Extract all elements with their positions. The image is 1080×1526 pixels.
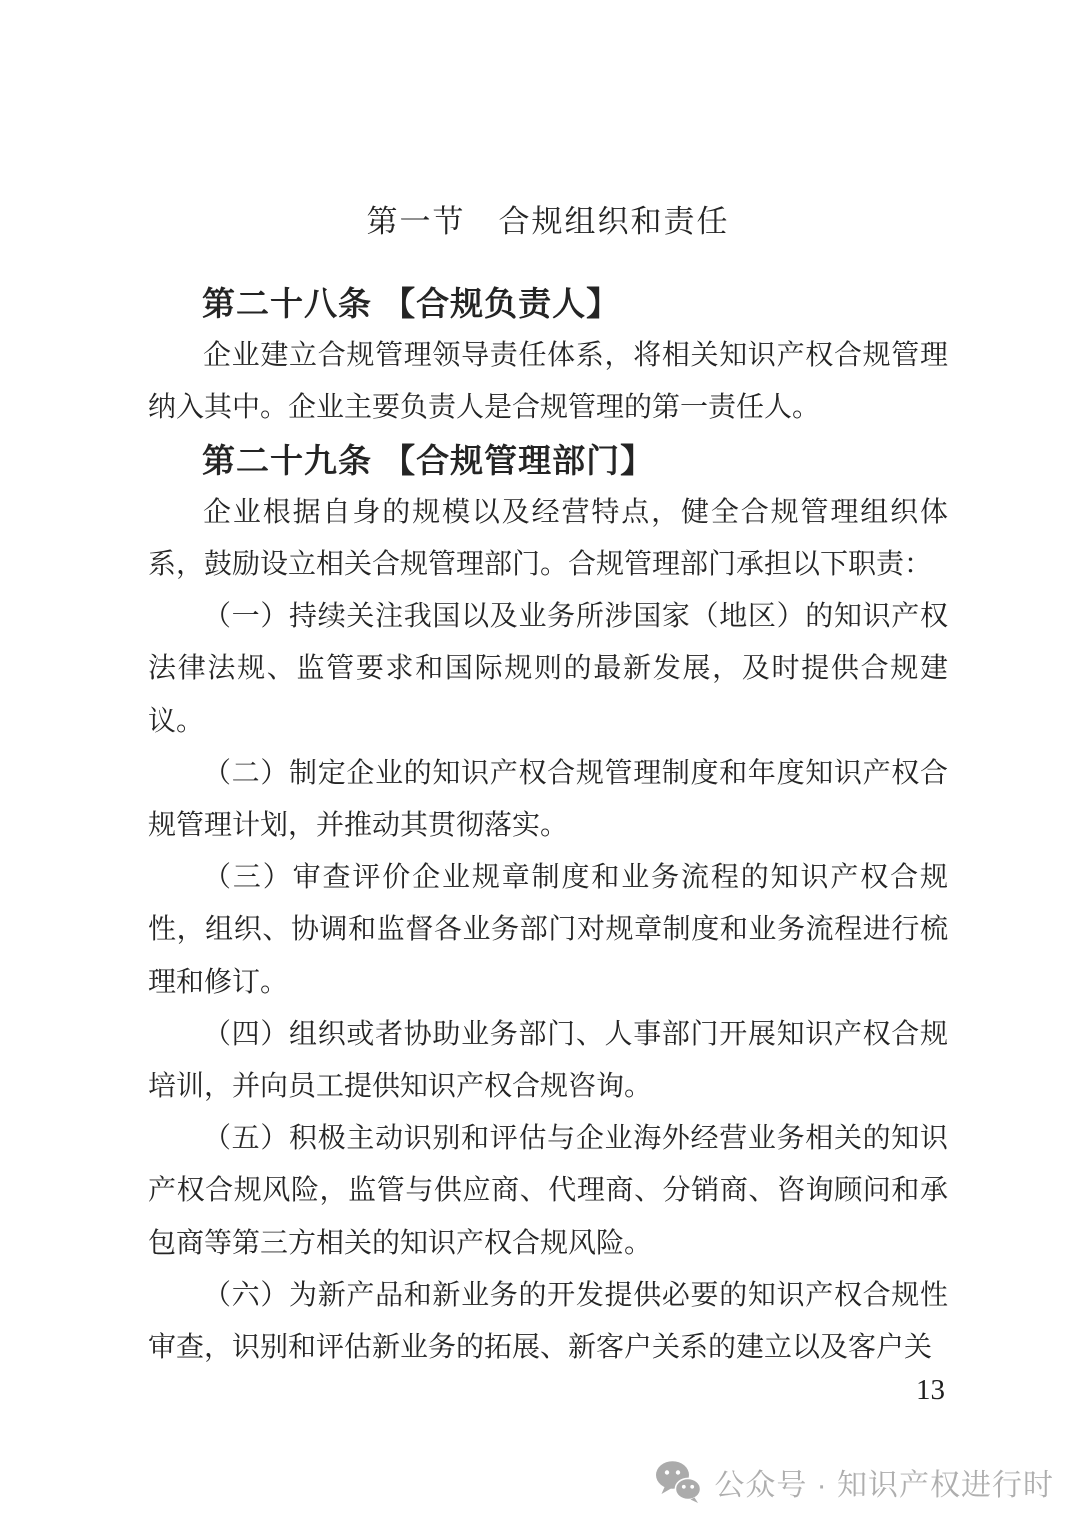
clause-item-4: （四）组织或者协助业务部门、人事部门开展知识产权合规培训，并向员工提供知识产权合… xyxy=(148,1009,948,1113)
article-29-intro: 企业根据自身的规模以及经营特点，健全合规管理组织体系，鼓励设立相关合规管理部门。… xyxy=(148,487,948,591)
wechat-icon xyxy=(655,1460,701,1504)
clause-item-3: （三）审查评价企业规章制度和业务流程的知识产权合规性，组织、协调和监督各业务部门… xyxy=(148,852,948,1009)
document-page: 第一节 合规组织和责任 第二十八条 【合规负责人】 企业建立合规管理领导责任体系… xyxy=(0,0,1080,1526)
page-content: 第一节 合规组织和责任 第二十八条 【合规负责人】 企业建立合规管理领导责任体系… xyxy=(148,196,948,1374)
section-title: 第一节 合规组织和责任 xyxy=(148,196,948,248)
page-number: 13 xyxy=(916,1364,945,1416)
article-29-heading: 第二十九条 【合规管理部门】 xyxy=(148,435,948,487)
clause-item-1: （一）持续关注我国以及业务所涉国家（地区）的知识产权法律法规、监管要求和国际规则… xyxy=(148,591,948,748)
article-28-body: 企业建立合规管理领导责任体系，将相关知识产权合规管理纳入其中。企业主要负责人是合… xyxy=(148,330,948,434)
watermark-text: 公众号 · 知识产权进行时 xyxy=(714,1460,1054,1504)
clause-item-2: （二）制定企业的知识产权合规管理制度和年度知识产权合规管理计划，并推动其贯彻落实… xyxy=(148,748,948,852)
clause-item-6: （六）为新产品和新业务的开发提供必要的知识产权合规性审查，识别和评估新业务的拓展… xyxy=(148,1270,948,1374)
watermark: 公众号 · 知识产权进行时 xyxy=(655,1456,1054,1508)
clause-item-5: （五）积极主动识别和评估与企业海外经营业务相关的知识产权合规风险，监管与供应商、… xyxy=(148,1113,948,1270)
article-28-heading: 第二十八条 【合规负责人】 xyxy=(148,278,948,330)
